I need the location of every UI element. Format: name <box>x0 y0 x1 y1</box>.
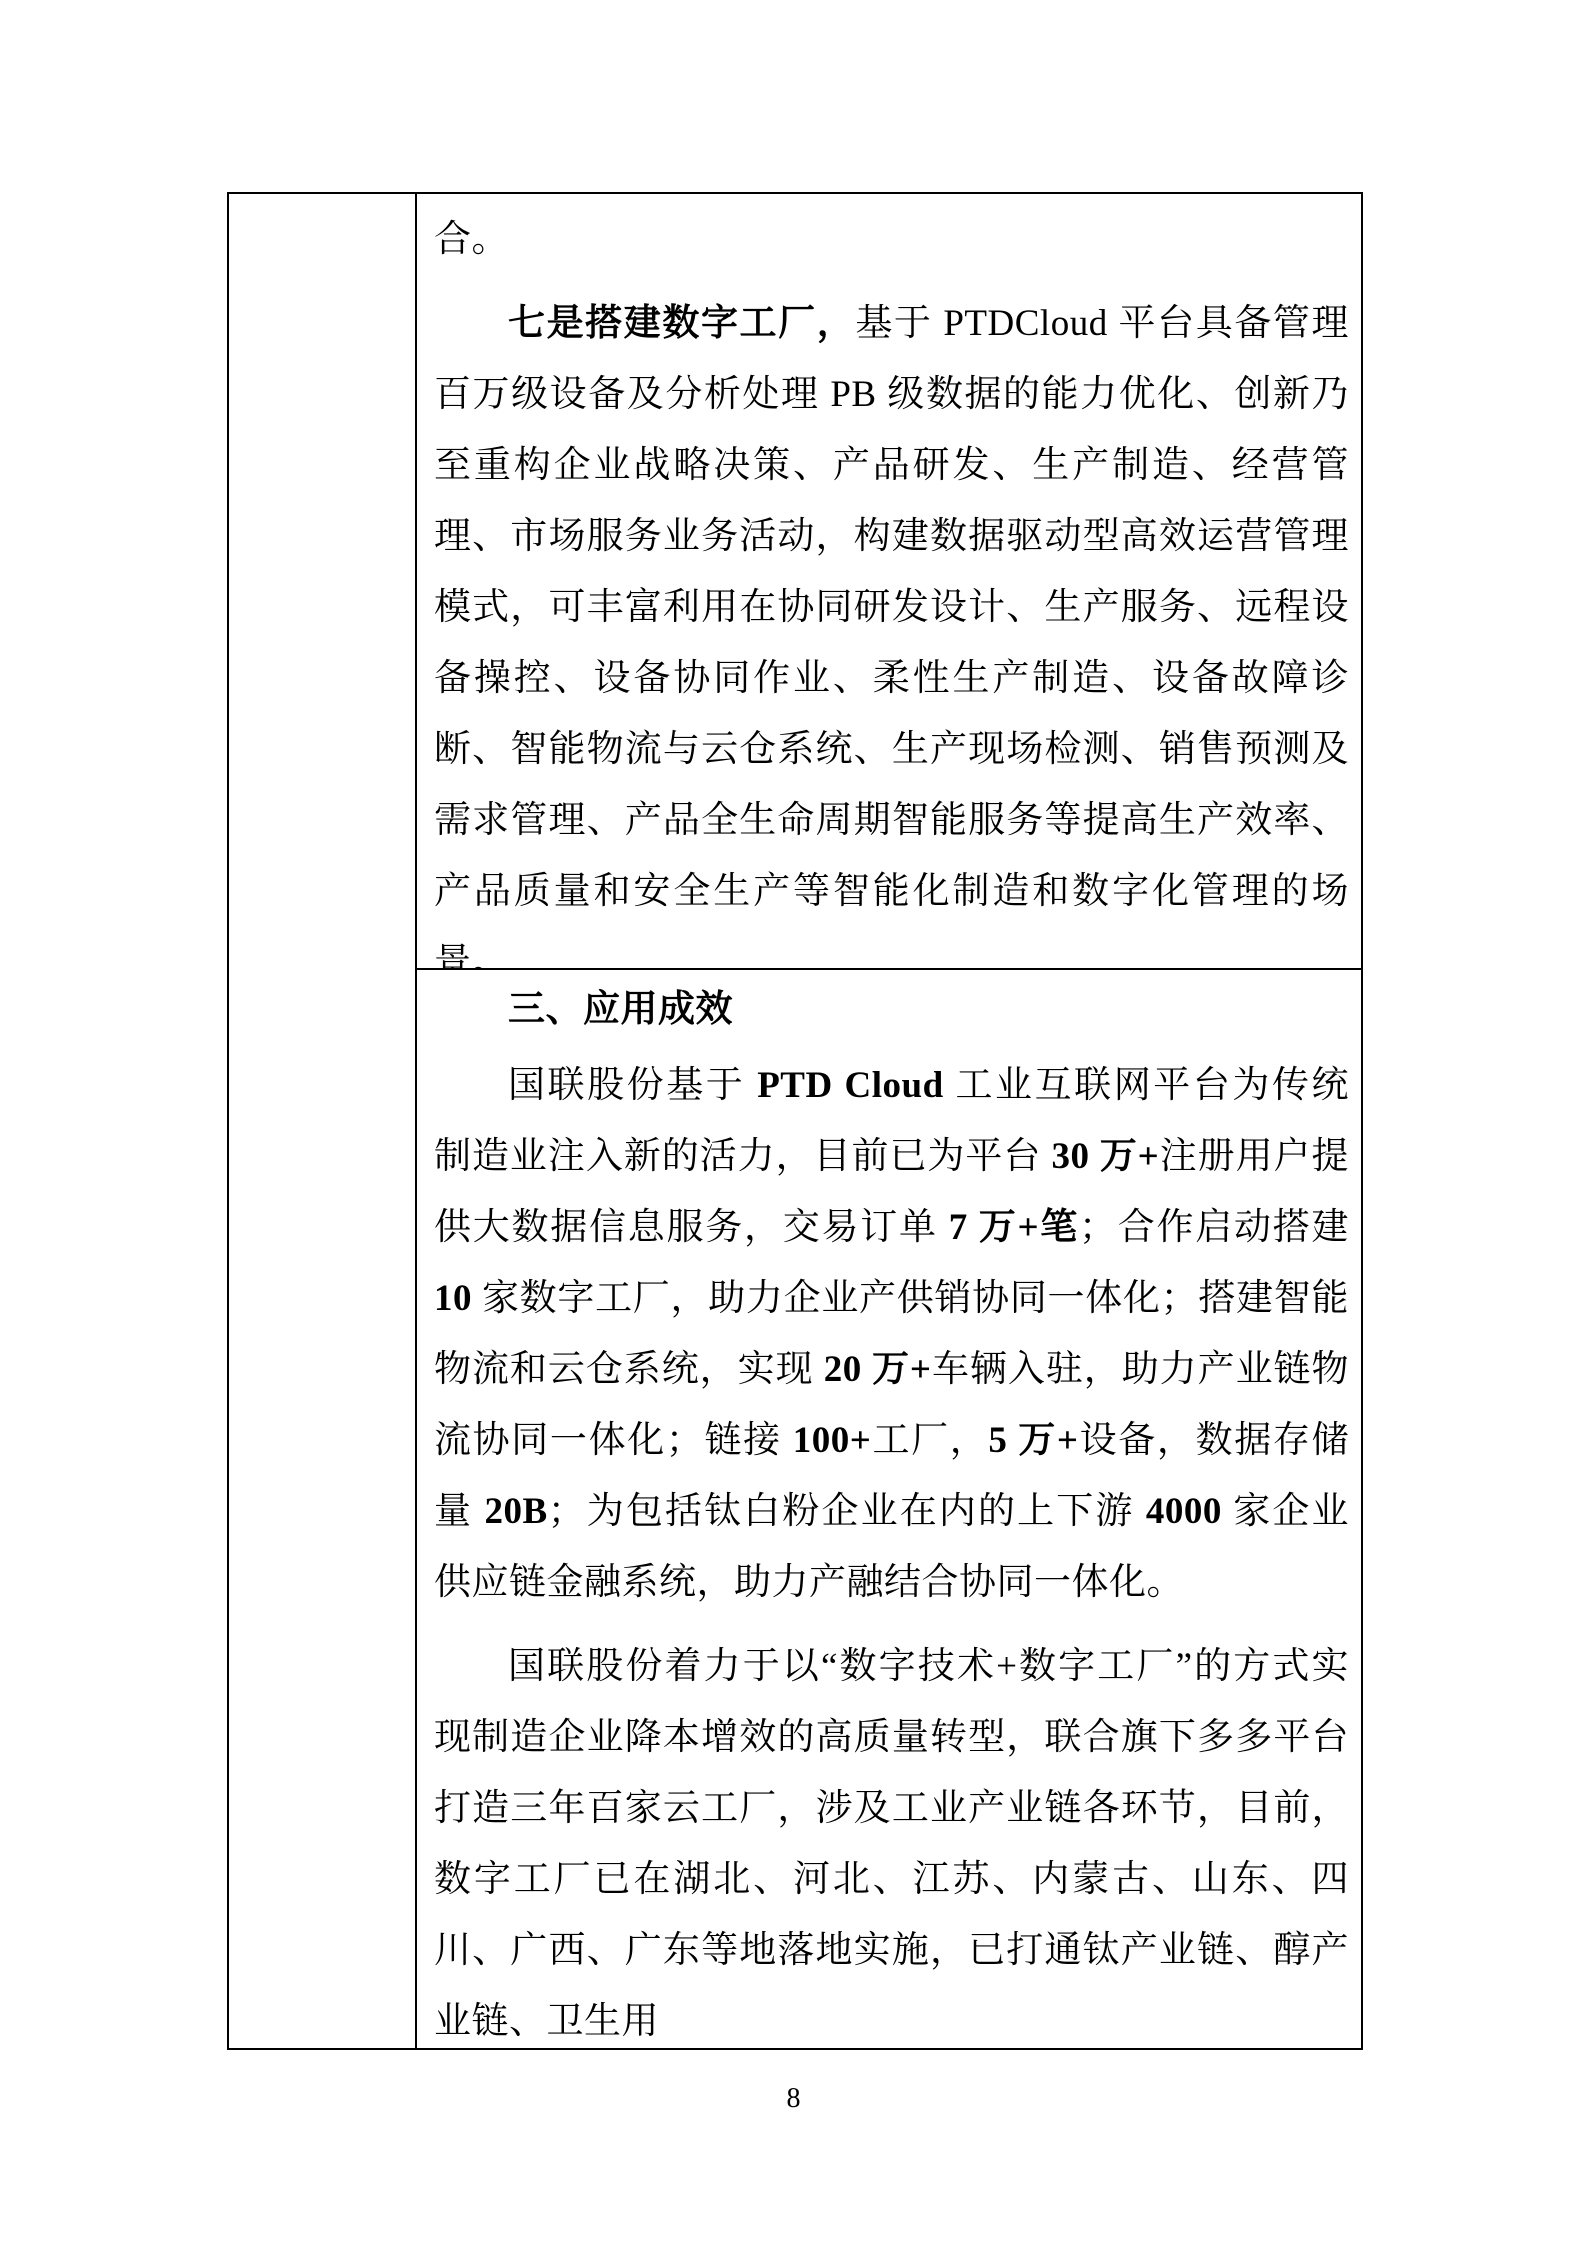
section-heading: 三、应用成效 <box>434 974 1349 1045</box>
bold-text-run: 三、应用成效 <box>508 989 733 1030</box>
bold-text-run: 30 万+ <box>1051 1136 1159 1177</box>
body-paragraph: 国联股份着力于以“数字技术+数字工厂”的方式实现制造企业降本增效的高质量转型，联… <box>434 1631 1349 2048</box>
text-run: ；为包括钛白粉企业在内的上下游 <box>548 1491 1146 1532</box>
body-paragraph: 合。 <box>434 204 1349 275</box>
bold-text-run: PTD Cloud <box>757 1065 943 1106</box>
bold-text-run: 5 万+ <box>988 1420 1078 1461</box>
body-paragraph: 七是搭建数字工厂，基于 PTDCloud 平台具备管理百万级设备及分析处理 PB… <box>434 288 1349 970</box>
body-paragraph: 国联股份基于 PTD Cloud 工业互联网平台为传统制造业注入新的活力，目前已… <box>434 1050 1349 1618</box>
bold-text-run: 10 <box>434 1278 472 1319</box>
bold-text-run: 20 万+ <box>824 1349 932 1390</box>
bold-text-run: 7 万+笔 <box>949 1207 1079 1248</box>
text-run: 合。 <box>434 219 509 260</box>
text-run: 工厂， <box>871 1420 988 1461</box>
bold-text-run: 七是搭建数字工厂， <box>508 303 855 344</box>
document-page: 合。七是搭建数字工厂，基于 PTDCloud 平台具备管理百万级设备及分析处理 … <box>0 0 1587 2245</box>
document-table: 合。七是搭建数字工厂，基于 PTDCloud 平台具备管理百万级设备及分析处理 … <box>227 192 1363 2050</box>
bold-text-run: 4000 <box>1146 1491 1222 1532</box>
table-left-column-cell <box>229 194 417 2048</box>
text-run: ；合作启动搭建 <box>1079 1207 1349 1248</box>
table-right-column: 合。七是搭建数字工厂，基于 PTDCloud 平台具备管理百万级设备及分析处理 … <box>417 194 1361 2048</box>
bold-text-run: 20B <box>485 1491 548 1532</box>
bold-text-run: 100+ <box>793 1420 872 1461</box>
text-run: 基于 PTDCloud 平台具备管理百万级设备及分析处理 PB 级数据的能力优化… <box>434 303 1349 970</box>
table-cell-application-results: 三、应用成效国联股份基于 PTD Cloud 工业互联网平台为传统制造业注入新的… <box>417 972 1361 2048</box>
text-run: 国联股份基于 <box>508 1065 757 1106</box>
page-number: 8 <box>0 2080 1587 2118</box>
table-cell-digital-factory: 合。七是搭建数字工厂，基于 PTDCloud 平台具备管理百万级设备及分析处理 … <box>417 194 1361 970</box>
text-run: 国联股份着力于以“数字技术+数字工厂”的方式实现制造企业降本增效的高质量转型，联… <box>434 1646 1349 2042</box>
